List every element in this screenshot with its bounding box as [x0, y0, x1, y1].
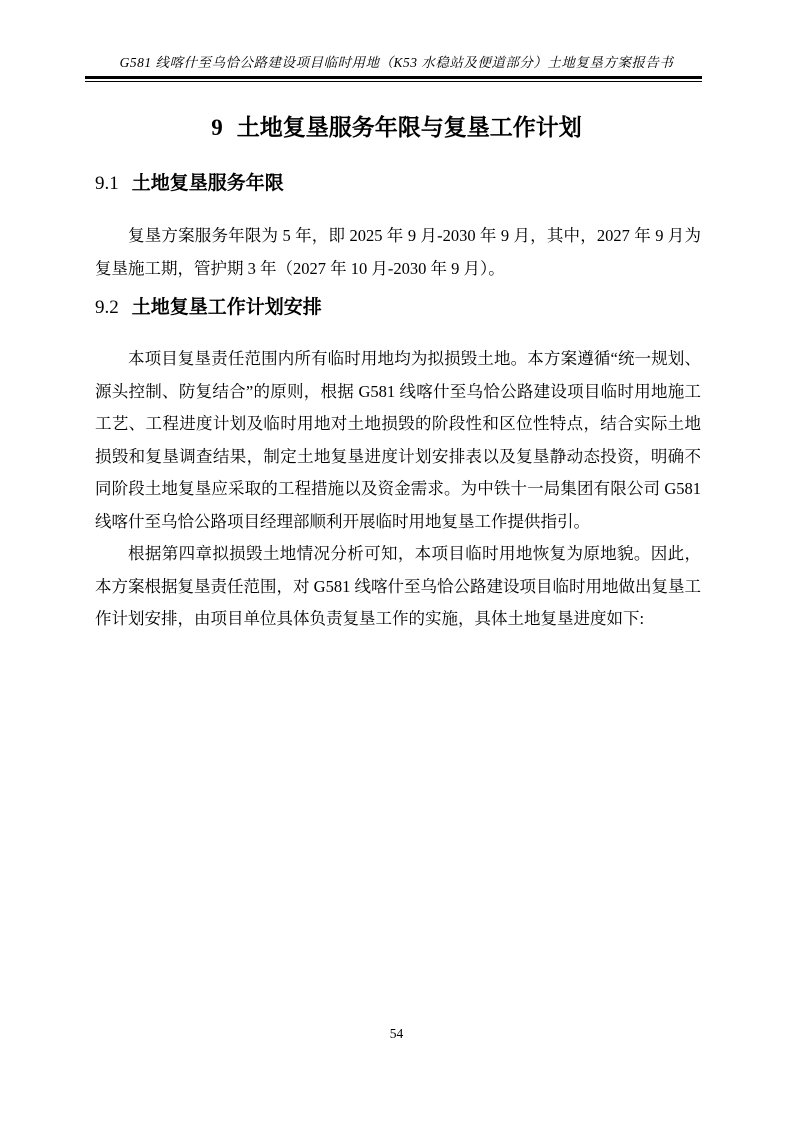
section-body-9-2: 本项目复垦责任范围内所有临时用地均为拟损毁土地。本方案遵循“统一规划、源头控制、…: [95, 343, 701, 636]
paragraph: 复垦方案服务年限为 5 年，即 2025 年 9 月-2030 年 9 月，其中…: [95, 220, 701, 285]
chapter-number: 9: [211, 115, 223, 140]
chapter-title: 9土地复垦服务年限与复垦工作计划: [0, 109, 793, 142]
running-header-text: G581 线喀什至乌恰公路建设项目临时用地（K53 水稳站及便道部分）土地复垦方…: [0, 51, 793, 71]
document-page: G581 线喀什至乌恰公路建设项目临时用地（K53 水稳站及便道部分）土地复垦方…: [0, 0, 793, 1122]
section-heading-9-1: 9.1土地复垦服务年限: [95, 168, 284, 195]
section-body-9-1: 复垦方案服务年限为 5 年，即 2025 年 9 月-2030 年 9 月，其中…: [95, 220, 701, 285]
chapter-title-text: 土地复垦服务年限与复垦工作计划: [237, 114, 582, 140]
header-rule: [85, 76, 702, 82]
section-heading-9-2: 9.2土地复垦工作计划安排: [95, 292, 322, 319]
paragraph: 根据第四章拟损毁土地情况分析可知，本项目临时用地恢复为原地貌。因此，本方案根据复…: [95, 538, 701, 636]
section-number-9-2: 9.2: [95, 297, 119, 318]
paragraph: 本项目复垦责任范围内所有临时用地均为拟损毁土地。本方案遵循“统一规划、源头控制、…: [95, 343, 701, 538]
section-number-9-1: 9.1: [95, 173, 119, 194]
section-heading-text-9-2: 土地复垦工作计划安排: [132, 297, 322, 318]
section-heading-text-9-1: 土地复垦服务年限: [132, 173, 284, 194]
page-number: 54: [0, 1026, 793, 1042]
